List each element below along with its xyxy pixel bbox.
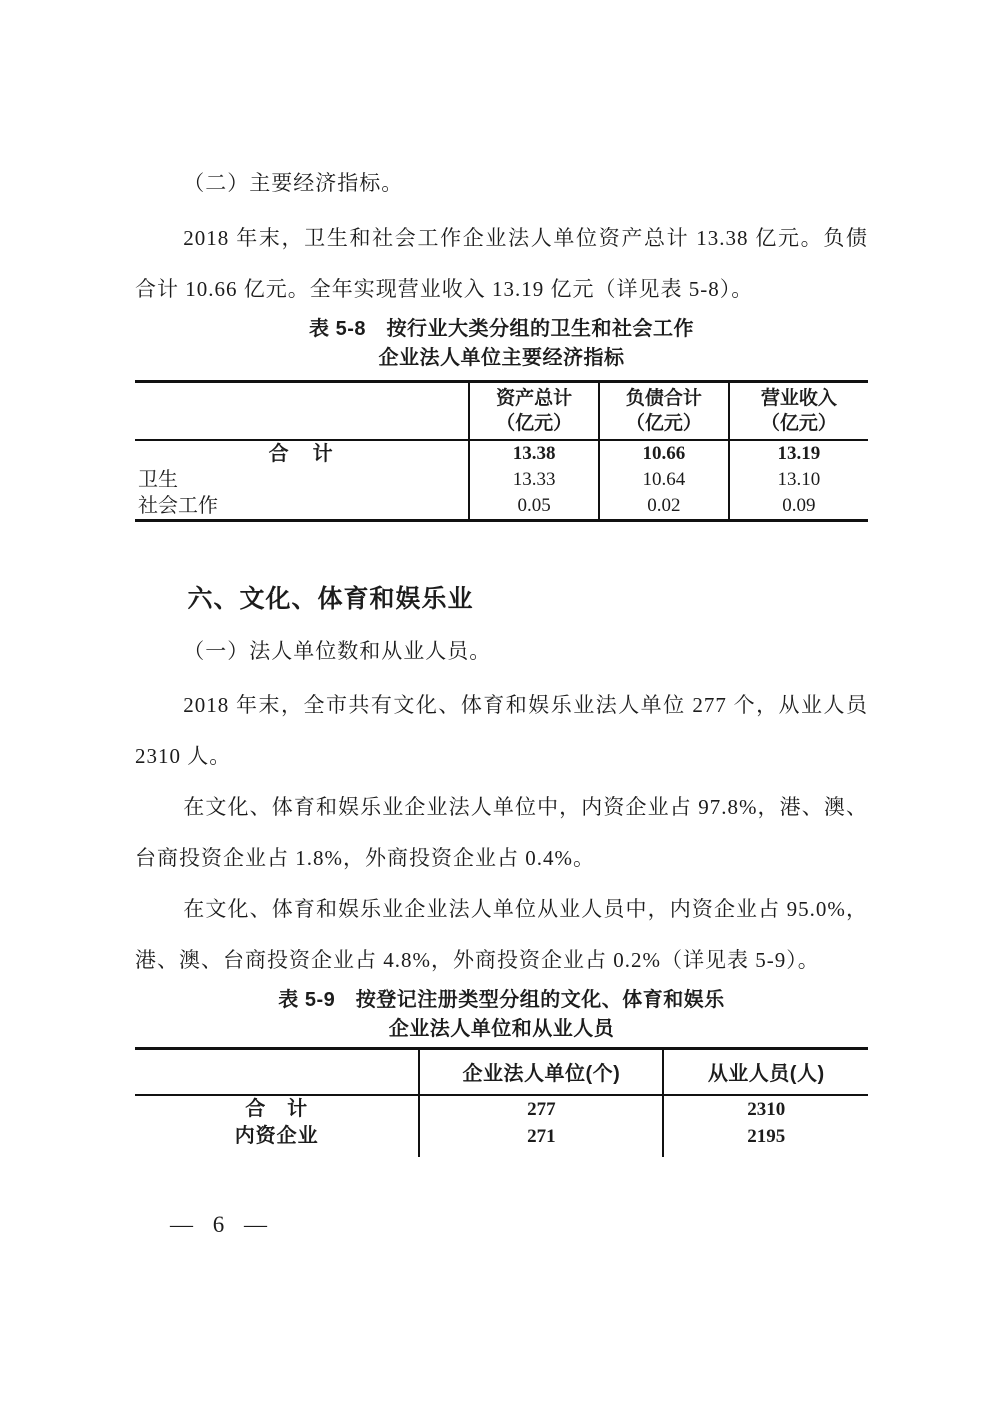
row-label: 卫生 (135, 467, 469, 493)
table-5-8-row-health: 卫生 13.33 10.64 13.10 (135, 467, 868, 493)
table-5-9-caption-line1: 表 5-9 按登记注册类型分组的文化、体育和娱乐 (135, 986, 868, 1015)
heading-culture-sports-entertainment: 六、文化、体育和娱乐业 (135, 582, 868, 616)
cell-units: 271 (419, 1123, 663, 1150)
table-5-8-row-total: 合 计 13.38 10.66 13.19 (135, 440, 868, 467)
row-label: 合 计 (135, 1095, 419, 1123)
document-page: （二）主要经济指标。 2018 年末，卫生和社会工作企业法人单位资产总计 13.… (0, 0, 1000, 1414)
cell-liabilities: 10.66 (599, 440, 729, 467)
page-number: — 6 — (170, 1212, 868, 1238)
cell-employees: 2310 (663, 1095, 868, 1123)
culture-units-paragraph: 2018 年末，全市共有文化、体育和娱乐业法人单位 277 个，从业人员 231… (135, 680, 868, 782)
table-5-9-continuation-stub (135, 1150, 868, 1157)
row-label: 合 计 (135, 440, 469, 467)
table-5-8: 资产总计 （亿元） 负债合计 （亿元） 营业收入 （亿元） 合 计 (135, 380, 868, 522)
culture-enterprise-share-paragraph: 在文化、体育和娱乐业企业法人单位中，内资企业占 97.8%，港、澳、台商投资企业… (135, 782, 868, 884)
table-5-9-header-units: 企业法人单位(个) (419, 1049, 663, 1095)
cell-liabilities: 10.64 (599, 467, 729, 493)
cell-units: 277 (419, 1095, 663, 1123)
health-economic-paragraph: 2018 年末，卫生和社会工作企业法人单位资产总计 13.38 亿元。负债合计 … (135, 213, 868, 315)
table-5-8-header-row: 资产总计 （亿元） 负债合计 （亿元） 营业收入 （亿元） (135, 382, 868, 441)
table-5-9-row-domestic: 内资企业 271 2195 (135, 1123, 868, 1150)
cell-liabilities: 0.02 (599, 493, 729, 521)
cell-assets: 13.38 (469, 440, 599, 467)
table-5-8-header-revenue: 营业收入 （亿元） (729, 382, 868, 441)
table-5-9: 企业法人单位(个) 从业人员(人) 合 计 277 2310 内资企业 271 … (135, 1047, 868, 1157)
heading-legal-units-employees: （一）法人单位数和从业人员。 (135, 636, 868, 666)
cell-assets: 0.05 (469, 493, 599, 521)
table-5-8-header-stub (135, 382, 469, 441)
table-5-9-row-total: 合 计 277 2310 (135, 1095, 868, 1123)
table-5-8-header-liabilities: 负债合计 （亿元） (599, 382, 729, 441)
table-5-8-row-social-work: 社会工作 0.05 0.02 0.09 (135, 493, 868, 521)
cell-revenue: 13.19 (729, 440, 868, 467)
cell-assets: 13.33 (469, 467, 599, 493)
table-5-9-caption: 表 5-9 按登记注册类型分组的文化、体育和娱乐 企业法人单位和从业人员 (135, 986, 868, 1044)
table-5-9-header-row: 企业法人单位(个) 从业人员(人) (135, 1049, 868, 1095)
cell-revenue: 0.09 (729, 493, 868, 521)
cell-employees: 2195 (663, 1123, 868, 1150)
cell-revenue: 13.10 (729, 467, 868, 493)
table-5-9-header-stub (135, 1049, 419, 1095)
table-5-8-caption-line1: 表 5-8 按行业大类分组的卫生和社会工作 (135, 315, 868, 344)
row-label: 社会工作 (135, 493, 469, 521)
row-label: 内资企业 (135, 1123, 419, 1150)
table-5-8-caption: 表 5-8 按行业大类分组的卫生和社会工作 企业法人单位主要经济指标 (135, 315, 868, 373)
culture-employee-share-paragraph: 在文化、体育和娱乐业企业法人单位从业人员中，内资企业占 95.0%，港、澳、台商… (135, 884, 868, 986)
table-5-8-caption-line2: 企业法人单位主要经济指标 (135, 344, 868, 373)
table-5-9-caption-line2: 企业法人单位和从业人员 (135, 1015, 868, 1044)
heading-economic-indicators: （二）主要经济指标。 (135, 168, 868, 198)
table-5-8-header-assets: 资产总计 （亿元） (469, 382, 599, 441)
page-content: （二）主要经济指标。 2018 年末，卫生和社会工作企业法人单位资产总计 13.… (135, 0, 868, 1238)
table-5-9-header-employees: 从业人员(人) (663, 1049, 868, 1095)
